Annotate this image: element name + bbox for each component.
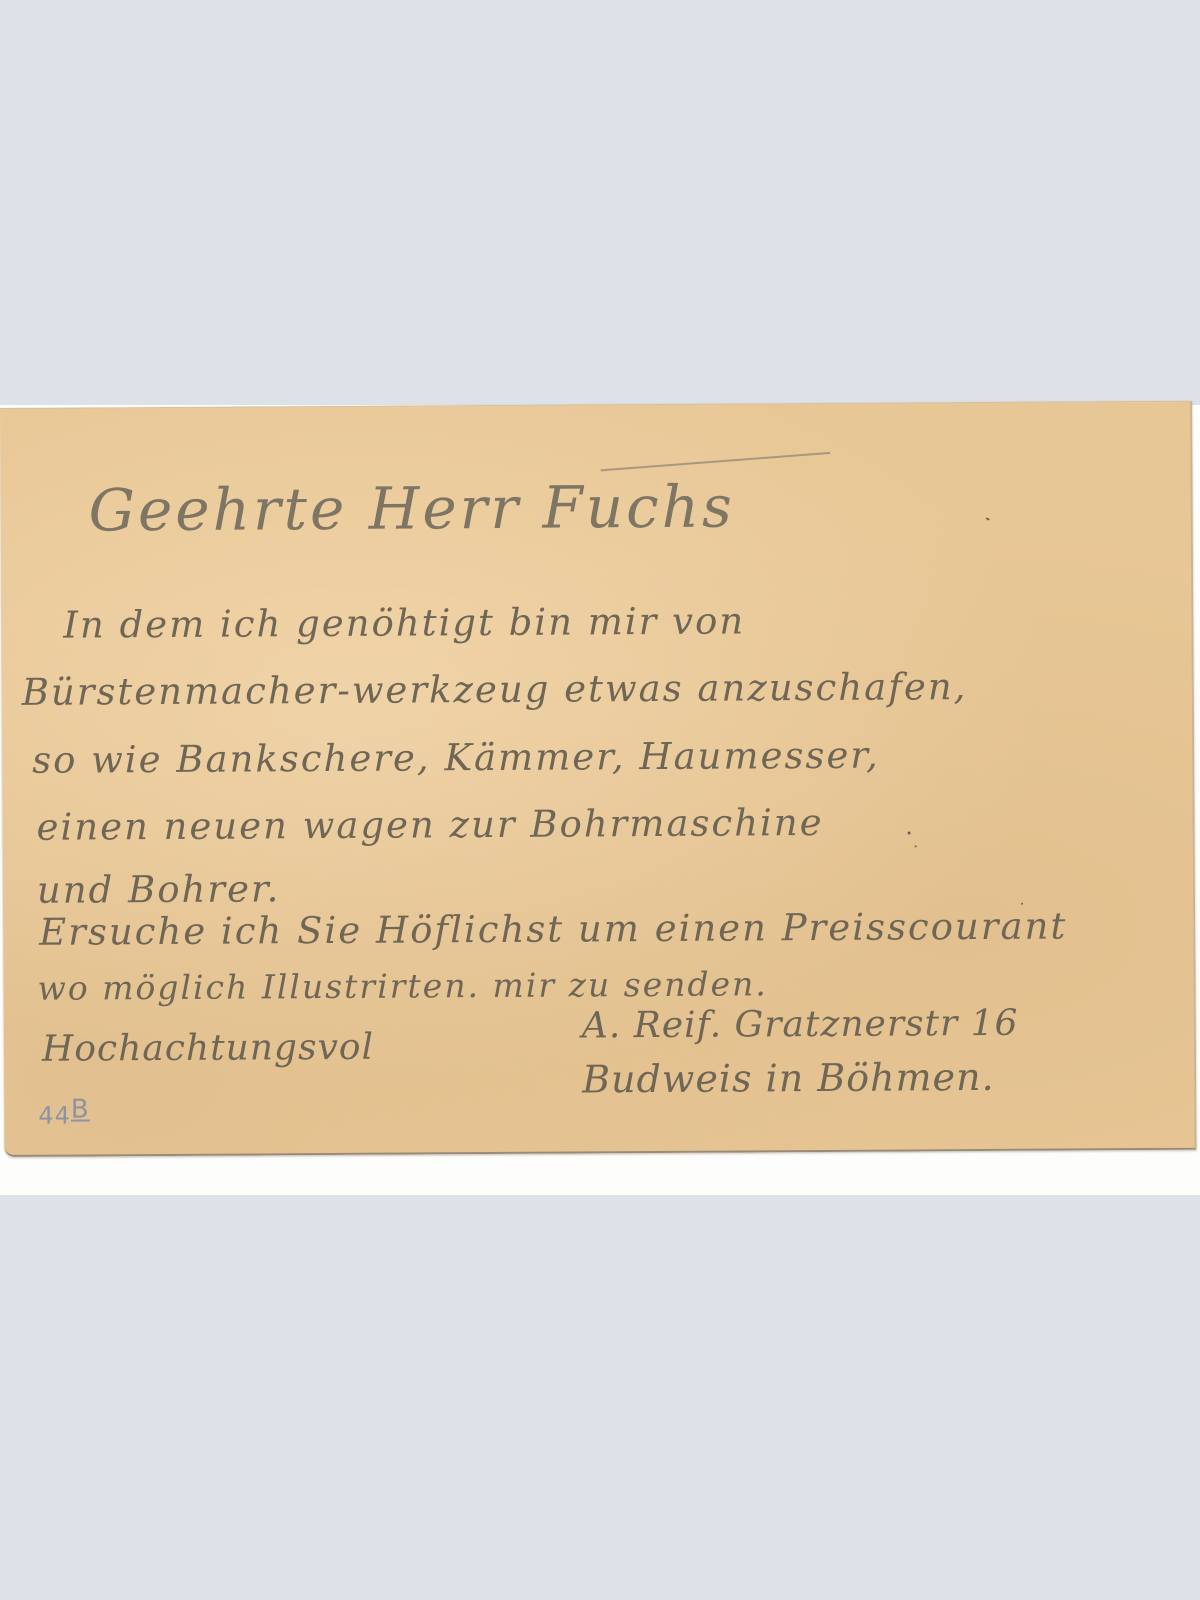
sender-address: Budweis in Böhmen. — [582, 1055, 995, 1102]
body-line-1: In dem ich genöhtigt bin mir von — [63, 599, 745, 646]
postcard: Geehrte Herr Fuchs In dem ich genöhtigt … — [0, 401, 1197, 1157]
body-line-5: und Bohrer. — [37, 867, 281, 911]
archive-number: 44B — [38, 1100, 90, 1130]
ink-speck — [908, 831, 911, 834]
body-line-7: wo möglich Illustrirten. mir zu senden. — [37, 964, 768, 1007]
faint-stamp-mark: ... — [218, 1150, 226, 1159]
ink-speck — [915, 845, 917, 847]
letter-flourish — [601, 452, 830, 471]
body-line-6: Ersuche ich Sie Höflichst um einen Preis… — [39, 904, 1067, 953]
body-line-3: so wie Bankschere, Kämmer, Haumesser, — [32, 734, 880, 782]
closing: Hochachtungsvol — [42, 1027, 374, 1070]
archive-number-value: 44 — [38, 1102, 71, 1130]
ink-speck — [1021, 903, 1023, 905]
body-line-4: einen neuen wagen zur Bohrmaschine — [36, 801, 823, 849]
archive-number-suffix: B — [71, 1094, 90, 1124]
body-line-2: Bürstenmacher-werkzeug etwas anzuschafen… — [22, 665, 968, 714]
signature: A. Reif. Gratznerstr 16 — [582, 1003, 1019, 1047]
ink-speck — [985, 517, 989, 521]
greeting: Geehrte Herr Fuchs — [88, 473, 735, 545]
